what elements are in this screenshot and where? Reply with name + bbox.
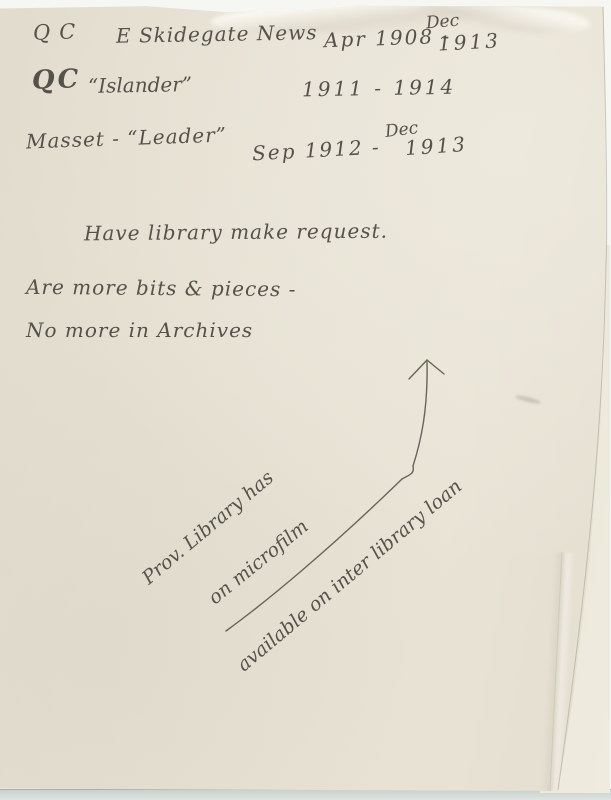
- diagonal-note-interlibrary-loan: available on inter library loan: [234, 476, 467, 676]
- note-make-request: Have library make request.: [84, 220, 388, 245]
- note-no-more-archives: No more in Archives: [26, 319, 253, 341]
- entry-2-code: QC: [32, 65, 82, 95]
- entry-1-code: QC: [33, 20, 85, 45]
- scanned-note-page: QC E Skidegate News Apr 1908 - Dec 1913 …: [0, 0, 611, 800]
- entry-3-date-end-year: 1913: [404, 133, 468, 159]
- entry-1-date-end-year: 1913: [437, 29, 501, 54]
- entry-2-title: “Islander”: [88, 73, 192, 97]
- entry-3-title: Masset - “Leader”: [26, 123, 228, 152]
- entry-1-title: E Skidegate News: [116, 21, 318, 47]
- entry-2-date-range: 1911 - 1914: [302, 76, 457, 101]
- entry-3-date-start: Sep 1912 -: [252, 136, 382, 165]
- curved-up-arrow-icon: [0, 0, 611, 800]
- handwriting-layer: QC E Skidegate News Apr 1908 - Dec 1913 …: [0, 0, 611, 800]
- note-bits-pieces: Are more bits & pieces -: [26, 276, 297, 300]
